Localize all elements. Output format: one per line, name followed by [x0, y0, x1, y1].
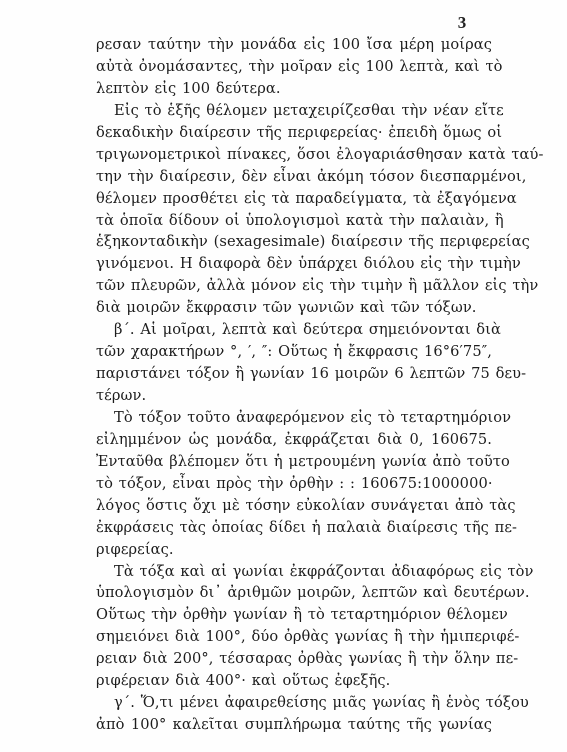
text-line: διὰ μοιρῶν ἔκφρασιν τῶν γωνιῶν καὶ τῶν τ… — [96, 297, 492, 319]
book-page: 3 ρεσαν ταύτην τὴν μονάδα εἰς 100 ἴσα μέ… — [0, 0, 567, 752]
text-line: τέρων. — [96, 385, 492, 407]
text-line: τὰ ὁποῖα δίδουν οἱ ὑπολογισμοὶ κατὰ τὴν … — [96, 210, 492, 232]
paragraph-start-line: Εἰς τὸ ἑξῆς θέλομεν μεταχειρίζεσθαι τὴν … — [96, 100, 492, 122]
text-line: ριφέρειαν διὰ 400°· καὶ οὕτως ἐφεξῆς. — [96, 670, 492, 692]
text-line: ριφερείας. — [96, 539, 492, 561]
text-line: εἰλημμένον ὡς μονάδα, ἐκφράζεται διὰ 0, … — [96, 429, 492, 451]
paragraph-start-line: γ΄. Ὅ,τι μένει ἀφαιρεθείσης μιᾶς γωνίας … — [96, 692, 492, 714]
text-line: ἐκφράσεις τὰς ὁποίας δίδει ἡ παλαιὰ διαί… — [96, 517, 492, 539]
paragraph-start-line: Τὰ τόξα καὶ αἱ γωνίαι ἐκφράζονται ἀδιαφό… — [96, 561, 492, 583]
text-line: Ἐνταῦθα βλέπομεν ὅτι ἡ μετρουμένη γωνία … — [96, 451, 492, 473]
text-line: τριγωνομετρικοὶ πίνακες, ὅσοι ἐλογαριάσθ… — [96, 144, 492, 166]
text-line: ρεσαν ταύτην τὴν μονάδα εἰς 100 ἴσα μέρη… — [96, 34, 492, 56]
text-line: τὸ τόξον, εἶναι πρὸς τὴν ὀρθὴν : : 16067… — [96, 473, 492, 495]
text-line: ρειαν διὰ 200°, τέσσαρας ὀρθὰς γωνίας ἢ … — [96, 648, 492, 670]
text-line: ἀπὸ 100° καλεῖται συμπλήρωμα ταύτης τῆς … — [96, 714, 492, 736]
text-line: την τὴν διαίρεσιν, δὲν εἶναι ἀκόμη τόσον… — [96, 166, 492, 188]
text-line: αὐτὰ ὀνομάσαντες, τὴν μοῖραν εἰς 100 λεπ… — [96, 56, 492, 78]
text-line: γινόμενοι. Η διαφορὰ δὲν ὑπάρχει διόλου … — [96, 253, 492, 275]
text-line: παριστάνει τόξον ἢ γωνίαν 16 μοιρῶν 6 λε… — [96, 363, 492, 385]
text-line: ἑξηκονταδικὴν (sexagesimale) διαίρεσιν τ… — [96, 231, 492, 253]
text-line: σημειόνει διὰ 100°, δύο ὀρθὰς γωνίας ἢ τ… — [96, 626, 492, 648]
text-line: Οὕτως τὴν ὀρθὴν γωνίαν ἢ τὸ τεταρτημόριο… — [96, 604, 492, 626]
text-line: τῶν πλευρῶν, ἀλλὰ μόνον εἰς τὴν τιμὴν ἢ … — [96, 275, 492, 297]
text-line: θέλομεν προσθέτει εἰς τὰ παραδείγματα, τ… — [96, 188, 492, 210]
page-number: 3 — [452, 13, 472, 33]
body-text: ρεσαν ταύτην τὴν μονάδα εἰς 100 ἴσα μέρη… — [96, 34, 492, 736]
text-line: ὑπολογισμὸν δι᾽ ἀριθμῶν μοιρῶν, λεπτῶν κ… — [96, 582, 492, 604]
text-line: δεκαδικὴν διαίρεσιν τῆς περιφερείας· ἐπε… — [96, 122, 492, 144]
text-line: τῶν χαρακτήρων °, ′, ″: Οὕτως ἡ ἔκφρασις… — [96, 341, 492, 363]
text-line: λεπτὸν εἰς 100 δεύτερα. — [96, 78, 492, 100]
paragraph-start-line: Τὸ τόξον τοῦτο ἀναφερόμενον εἰς τὸ τεταρ… — [96, 407, 492, 429]
paragraph-start-line: β΄. Αἱ μοῖραι, λεπτὰ καὶ δεύτερα σημειόν… — [96, 319, 492, 341]
text-line: λόγος ὅστις ὄχι μὲ τόσην εὐκολίαν συνάγε… — [96, 495, 492, 517]
